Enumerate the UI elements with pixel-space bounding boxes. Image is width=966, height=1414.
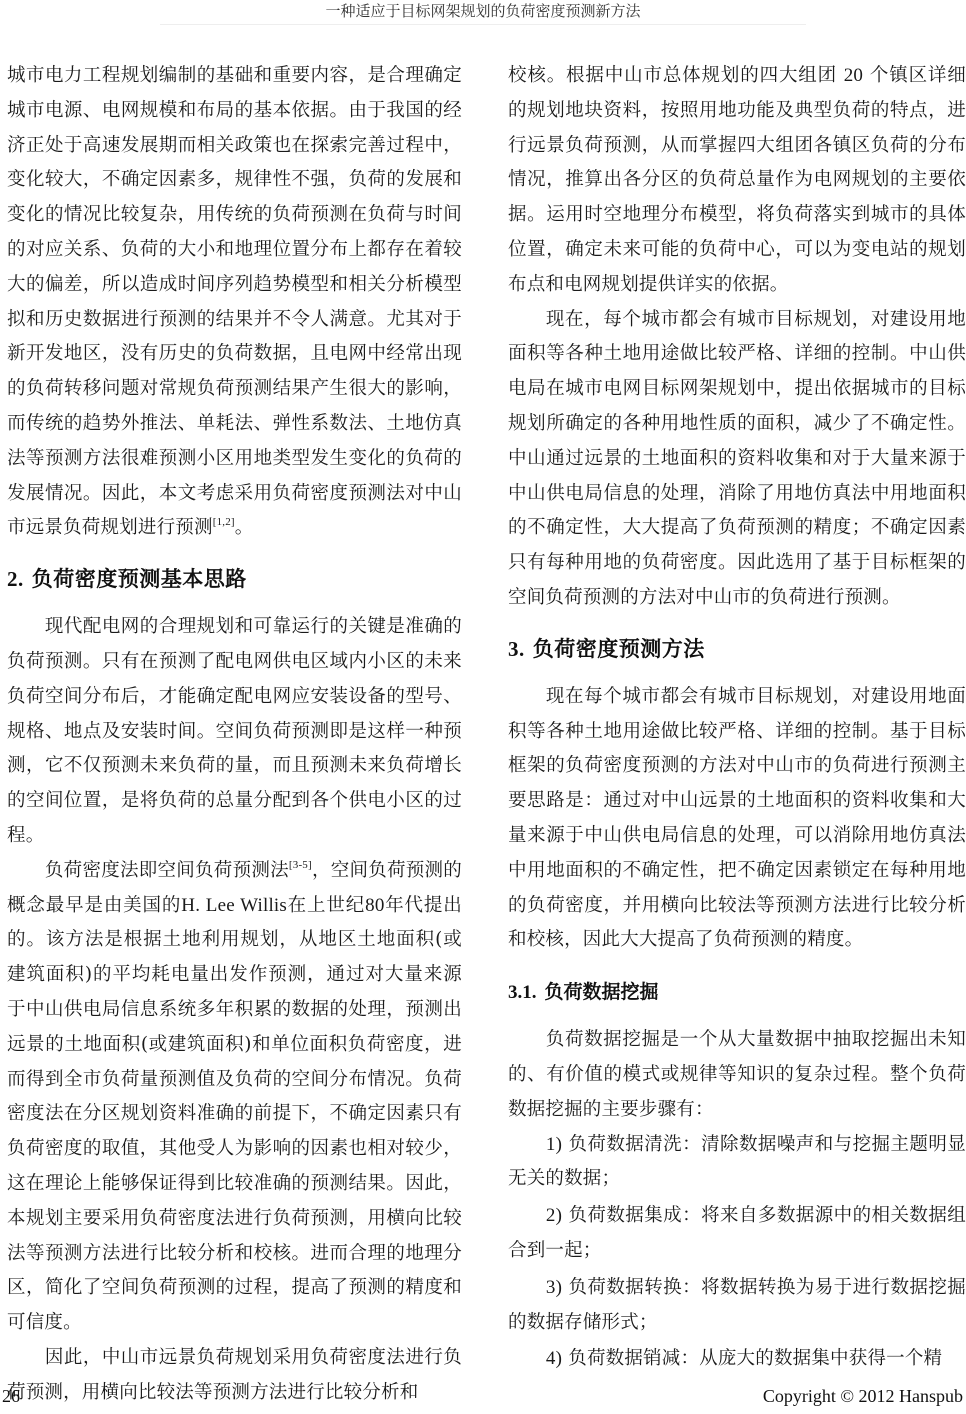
step-text: 负荷数据清洗：清除数据噪声和与挖掘主题明显无关的数据；	[508, 1134, 966, 1190]
list-item-step-1: 1) 负荷数据清洗：清除数据噪声和与挖掘主题明显无关的数据；	[508, 1128, 966, 1198]
step-text: 负荷数据销减：从庞大的数据集中获得一个精	[568, 1348, 942, 1369]
paragraph-text: 在上世纪	[287, 895, 365, 916]
district-count: 20	[844, 65, 863, 86]
citation-link[interactable]: [3-5]	[289, 859, 312, 871]
paragraph-spatial-load: 现代配电网的合理规划和可靠运行的关键是准确的负荷预测。只有在预测了配电网供电区域…	[7, 610, 462, 854]
copyright-notice: Copyright © 2012 Hanspub	[763, 1386, 963, 1407]
subsection-title: 负荷数据挖掘	[545, 981, 659, 1003]
section-title: 负荷密度预测基本思路	[32, 567, 247, 591]
paragraph-text: 城市电力工程规划编制的基础和重要内容，是合理确定城市电源、电网规模和布局的基本依…	[7, 65, 462, 538]
subsection-number: 3.1.	[508, 982, 537, 1003]
step-number: 2)	[546, 1205, 562, 1226]
paragraph-load-density-method: 负荷密度法即空间负荷预测法[3-5]，空间负荷预测的概念最早是由美国的H. Le…	[7, 854, 462, 1341]
list-item-step-4: 4) 负荷数据销减：从庞大的数据集中获得一个精	[508, 1342, 966, 1377]
running-header: 一种适应于目标网架规划的负荷密度预测新方法	[0, 0, 966, 22]
list-item-step-3: 3) 负荷数据转换：将数据转换为易于进行数据挖掘的数据存储形式；	[508, 1271, 966, 1341]
author-name: H. Lee Willis	[181, 895, 287, 916]
paragraph-verification: 校核。根据中山市总体规划的四大组团 20 个镇区详细的规划地块资料，按照用地功能…	[508, 59, 966, 303]
right-column: 校核。根据中山市总体规划的四大组团 20 个镇区详细的规划地块资料，按照用地功能…	[508, 59, 966, 1379]
paragraph-text: 校核。根据中山市总体规划的四大组团	[508, 65, 844, 86]
paragraph-text: 个镇区详细的规划地块资料，按照用地功能及典型负荷的特点，进行远景负荷预测，从而掌…	[508, 65, 966, 295]
subsection-heading-3-1: 3.1.负荷数据挖掘	[508, 976, 966, 1009]
page-number: 26	[2, 1386, 20, 1407]
paragraph-target-planning: 现在，每个城市都会有城市目标规划，对建设用地面积等各种土地用途做比较严格、详细的…	[508, 303, 966, 616]
paragraph-text: 负荷密度法即空间负荷预测法	[45, 860, 289, 881]
paragraph-intro-continued: 城市电力工程规划编制的基础和重要内容，是合理确定城市电源、电网规模和布局的基本依…	[7, 59, 462, 546]
left-column: 城市电力工程规划编制的基础和重要内容，是合理确定城市电源、电网规模和布局的基本依…	[7, 59, 462, 1410]
paragraph-end: 。	[235, 517, 254, 538]
paragraph-text: 年代提出的。该方法是根据土地利用规划，从地区土地面积(或建筑面积)的平均耗电量出…	[7, 895, 462, 1334]
step-text: 负荷数据集成：将来自多数据源中的相关数据组合到一起；	[508, 1205, 966, 1261]
step-number: 1)	[546, 1134, 562, 1155]
paragraph-data-mining: 负荷数据挖掘是一个从大量数据中抽取挖掘出未知的、有价值的模式或规律等知识的复杂过…	[508, 1023, 966, 1127]
step-text: 负荷数据转换：将数据转换为易于进行数据挖掘的数据存储形式；	[508, 1277, 966, 1333]
paragraph-zhongshan-planning: 因此，中山市远景负荷规划采用负荷密度法进行负荷预测，用横向比较法等预测方法进行比…	[7, 1341, 462, 1411]
section-number: 2.	[7, 567, 24, 591]
header-divider	[160, 24, 806, 25]
step-number: 3)	[546, 1277, 562, 1298]
section-number: 3.	[508, 637, 525, 661]
section-heading-2: 2.负荷密度预测基本思路	[7, 562, 462, 596]
section-title: 负荷密度预测方法	[533, 637, 705, 661]
paragraph-method-overview: 现在每个城市都会有城市目标规划，对建设用地面积等各种土地用途做比较严格、详细的控…	[508, 680, 966, 958]
step-number: 4)	[546, 1348, 562, 1369]
list-item-step-2: 2) 负荷数据集成：将来自多数据源中的相关数据组合到一起；	[508, 1199, 966, 1269]
decade-number: 80	[365, 895, 384, 916]
citation-link[interactable]: [1,2]	[213, 516, 235, 528]
section-heading-3: 3.负荷密度预测方法	[508, 632, 966, 666]
